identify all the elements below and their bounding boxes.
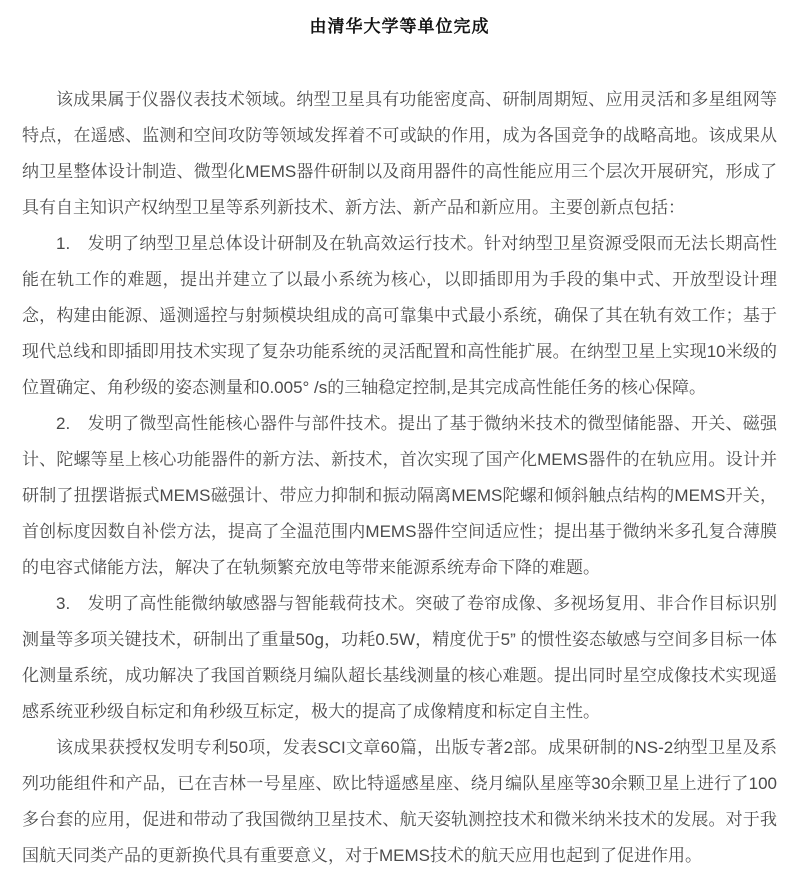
document-title: 由清华大学等单位完成 (22, 14, 777, 40)
paragraph-innovation-1: 1. 发明了纳型卫星总体设计研制及在轨高效运行技术。针对纳型卫星资源受限而无法长… (22, 226, 777, 406)
paragraph-innovation-2: 2. 发明了微型高性能核心器件与部件技术。提出了基于微纳米技术的微型储能器、开关… (22, 406, 777, 586)
paragraph-intro: 该成果属于仪器仪表技术领域。纳型卫星具有功能密度高、研制周期短、应用灵活和多星组… (22, 82, 777, 226)
document-page: 由清华大学等单位完成 该成果属于仪器仪表技术领域。纳型卫星具有功能密度高、研制周… (0, 0, 800, 876)
paragraph-achievements: 该成果获授权发明专利50项，发表SCI文章60篇，出版专著2部。成果研制的NS-… (22, 730, 777, 874)
document-body: 该成果属于仪器仪表技术领域。纳型卫星具有功能密度高、研制周期短、应用灵活和多星组… (22, 82, 777, 874)
paragraph-innovation-3: 3. 发明了高性能微纳敏感器与智能载荷技术。突破了卷帘成像、多视场复用、非合作目… (22, 586, 777, 730)
